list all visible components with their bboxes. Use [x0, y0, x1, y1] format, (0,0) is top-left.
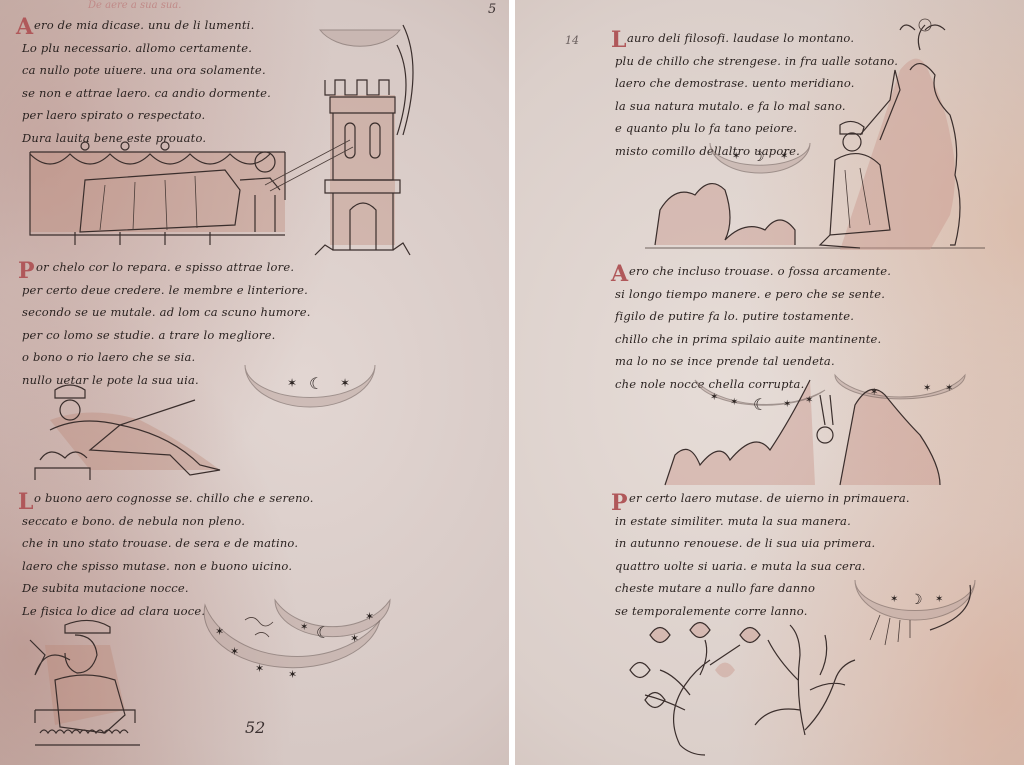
svg-text:✶: ✶: [365, 610, 374, 623]
verse-line: per certo deue credere. le membre e lint…: [22, 279, 311, 302]
svg-text:✶: ✶: [215, 625, 224, 638]
rubricated-initial: L: [611, 29, 626, 51]
rubricated-initial: A: [611, 263, 628, 285]
verse-line: ca nullo pote uiuere. una ora solamente.: [22, 59, 271, 82]
right-manuscript-page: 14 L auro deli filosofi. laudase lo mont…: [515, 0, 1024, 765]
verse-line: chillo che in prima spilaio auite mantin…: [615, 328, 891, 351]
svg-text:✶: ✶: [287, 376, 297, 390]
seated-bearded-figure-illustration: [15, 615, 150, 755]
verse-line: che in uno stato trouase. de sera e de m…: [22, 532, 314, 555]
svg-text:✶: ✶: [870, 387, 878, 398]
verse-line: in estate similiter. muta la sua manera.: [615, 510, 910, 533]
left-manuscript-page: De aere a sua sua. 5 A ero de mia dicase…: [0, 0, 509, 765]
margin-mark: 14: [565, 34, 579, 47]
svg-text:✶: ✶: [890, 594, 898, 605]
svg-text:☽: ☽: [910, 592, 923, 608]
svg-text:✶: ✶: [230, 645, 239, 658]
svg-text:☾: ☾: [309, 374, 323, 393]
verse-line: per laero spirato o respectato.: [22, 104, 271, 127]
verse-line: si longo tiempo manere. e pero che se se…: [615, 283, 891, 306]
sun-rays-with-crescent: ✶ ☽ ✶: [850, 580, 980, 655]
overlapping-celestial-crescents: ✶ ✶ ✶ ✶ ✶ ☾ ✶ ✶: [200, 600, 400, 685]
svg-text:✶: ✶: [805, 395, 813, 406]
svg-text:✶: ✶: [288, 668, 297, 681]
starry-sky-over-mountains: ✶ ✶ ☾ ✶ ✶ ✶ ✶ ✶: [665, 375, 985, 490]
svg-text:✶: ✶: [935, 594, 943, 605]
rubricated-initial: P: [611, 492, 628, 514]
verse-line: quattro uolte si uaria. e muta la sua ce…: [615, 555, 910, 578]
svg-text:☽: ☽: [752, 149, 765, 165]
verse-line: secondo se ue mutale. ad lom ca scuno hu…: [22, 301, 311, 324]
verse-line: ma lo no se ince prende tal uendeta.: [615, 350, 891, 373]
verse-line: per co lomo se studie. a trare lo meglio…: [22, 324, 311, 347]
svg-text:✶: ✶: [730, 397, 738, 408]
bottom-quire-mark: 52: [245, 718, 265, 737]
verse-line: ero de mia dicase. unu de li lumenti.: [22, 14, 271, 37]
svg-text:☾: ☾: [753, 395, 767, 414]
svg-text:✶: ✶: [255, 662, 264, 675]
verse-line: De subita mutacione nocce.: [22, 577, 314, 600]
rubricated-initial: P: [18, 260, 35, 282]
flowering-plants-illustration: [620, 620, 860, 755]
verse-line: er certo laero mutase. de uierno in prim…: [615, 487, 910, 510]
scholar-pointing-at-mountain: [800, 10, 980, 255]
svg-text:✶: ✶: [923, 383, 931, 394]
svg-text:☾: ☾: [316, 623, 330, 642]
rubricated-initial: A: [16, 16, 33, 38]
verse-line: or chelo cor lo repara. e spisso attrae …: [22, 256, 311, 279]
svg-text:✶: ✶: [780, 151, 788, 162]
folio-number: 5: [488, 2, 496, 17]
verse-line: o buono aero cognosse se. chillo che e s…: [22, 487, 314, 510]
rubricated-initial: L: [18, 491, 33, 513]
svg-text:✶: ✶: [945, 383, 953, 394]
verse-line: figilo de putire fa lo. putire tostament…: [615, 305, 891, 328]
svg-text:✶: ✶: [340, 376, 350, 390]
verse-line: se non e attrae laero. ca andio dormente…: [22, 82, 271, 105]
verse-line: in autunno renouese. de li sua uia prime…: [615, 532, 910, 555]
verse-line: ero che incluso trouase. o fossa arcamen…: [615, 260, 891, 283]
starry-crescent-sky: ✶ ☾ ✶: [245, 365, 375, 410]
verse-line: Lo plu necessario. allomo certamente.: [22, 37, 271, 60]
svg-text:✶: ✶: [732, 151, 740, 162]
svg-text:✶: ✶: [350, 632, 359, 645]
sleeping-figure-illustration: [25, 140, 295, 250]
verse-line: seccato e bono. de nebula non pleno.: [22, 510, 314, 533]
tower-with-crescent-illustration: [305, 15, 415, 260]
verse-line: laero che spisso mutase. non e buono uic…: [22, 555, 314, 578]
page-heading-rubric: De aere a sua sua.: [88, 0, 181, 11]
stanza-1: A ero de mia dicase. unu de li lumenti. …: [22, 14, 271, 149]
svg-text:✶: ✶: [710, 392, 718, 403]
svg-text:✶: ✶: [300, 622, 308, 633]
reclining-figure-illustration: [30, 380, 240, 490]
svg-text:✶: ✶: [783, 399, 791, 410]
